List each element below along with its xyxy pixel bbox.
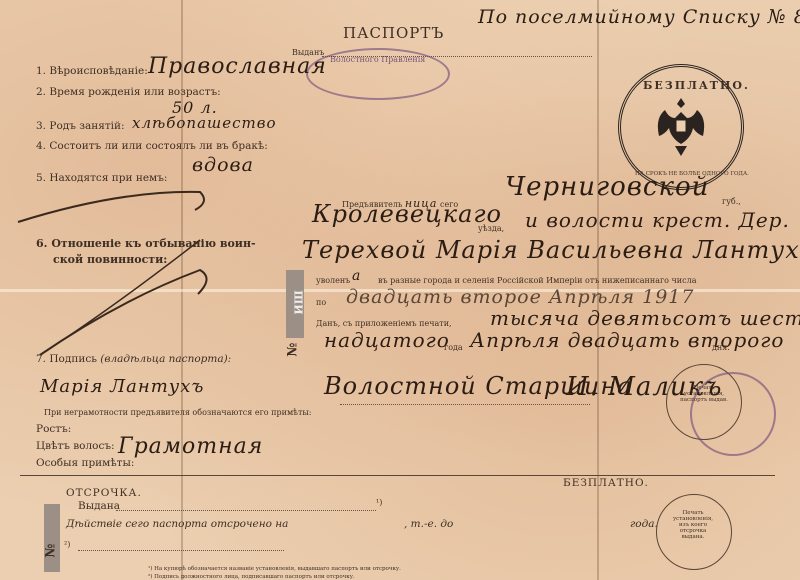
page-title: ПАСПОРТЪ (343, 24, 444, 42)
footnote-2: ²) Подпись должностного лица, подписавша… (148, 574, 355, 580)
number-mark: № (286, 342, 301, 356)
field-2: 2. Время рожденія или возрастъ: (36, 86, 221, 98)
bearer-name: Терехвой Марія Васильевна Лантухъ (302, 236, 800, 264)
year-label: года (444, 343, 463, 352)
deferral-note2-mark: ²) (64, 540, 70, 549)
signature-line (340, 404, 590, 405)
deferral-issued-line (116, 510, 376, 511)
height-label: Ростъ: (36, 423, 71, 435)
until-label: по (316, 298, 326, 307)
stamp-text: Волостного Правленія (330, 55, 425, 64)
until-value: двадцать второе Апрѣля 1917 (346, 286, 694, 308)
deferral-number-mark: № (44, 543, 59, 557)
illiterate-note: При неграмотности предъявителя обозначаю… (44, 408, 311, 417)
section-divider (20, 475, 775, 476)
province-value: Черниговской (505, 172, 709, 202)
province-suffix: губ., (722, 197, 741, 206)
field-1-value: Православная (148, 54, 327, 79)
deferral-free-label: БЕЗПЛАТНО. (563, 477, 649, 489)
marks-value: Грамотная (118, 434, 263, 459)
year-value: тысяча девятьсотъ шест- (490, 306, 800, 330)
district-value: Кролевецкаго (312, 200, 502, 228)
seal-top-text: БЕЗПЛАТНО. (643, 79, 750, 92)
field-6-line2: ской повинности: (53, 253, 167, 266)
deferral-title: ОТСРОЧКА. (66, 487, 142, 499)
district-suffix: уѣзда, (478, 224, 504, 233)
field-1: 1. Вѣроисповѣданіе: (36, 65, 148, 77)
deferral-signature-line (78, 550, 284, 551)
deferral-stamp-text: Печать установленія, изъ коего отсрочка … (668, 510, 718, 540)
released-value: а (352, 268, 361, 284)
deferral-issued-label: Выдана (78, 500, 120, 512)
field-3: 3. Родъ занятій: (36, 120, 125, 132)
deferral-side-bar (44, 504, 60, 572)
hair-label: Цвѣтъ волосъ: (36, 440, 115, 452)
passport-document: ПАСПОРТЪ По поселмийному Списку № 8/64 В… (0, 0, 800, 580)
given-label: Данъ, съ приложеніемъ печати, (316, 319, 452, 328)
released-label: уволенъ (316, 276, 350, 285)
validity-year-label: года. (630, 518, 658, 530)
field-4: 4. Состоитъ ли или состоялъ ли въ бракѣ: (36, 140, 268, 152)
volost-value: и волости крест. Дер. (525, 208, 790, 232)
field-6: 6. Отношеніе къ отбыванію воин- (36, 237, 256, 250)
validity-label: Дѣйствіе сего паспорта отсрочено на (66, 518, 288, 530)
cancel-strokes (0, 170, 300, 410)
field-7: 7. Подпись (владѣльца паспорта): (36, 353, 231, 365)
side-number: ИШ (293, 290, 306, 314)
double-headed-eagle-icon (651, 92, 711, 162)
year-value-2: надцатого (324, 328, 450, 352)
issuer-stamp-text: Печать установленія, паспортъ выдав. (680, 385, 728, 403)
owner-signature: Марія Лантухъ (40, 376, 204, 397)
released-text: въ разные города и селенія Россійской Им… (378, 276, 696, 285)
footnote-1: ¹) На купюрѣ обозначается названіе устан… (148, 566, 401, 572)
day-label: дня. (712, 343, 730, 352)
field-3-value: хлѣбопашество (132, 114, 277, 132)
day-value: Апрѣля двадцать второго (470, 328, 784, 352)
top-annotation: По поселмийному Списку № 8/64 (478, 6, 800, 28)
validity-until-label: , т.-е. до (404, 518, 453, 530)
deferral-note1-mark: ¹) (376, 498, 382, 507)
